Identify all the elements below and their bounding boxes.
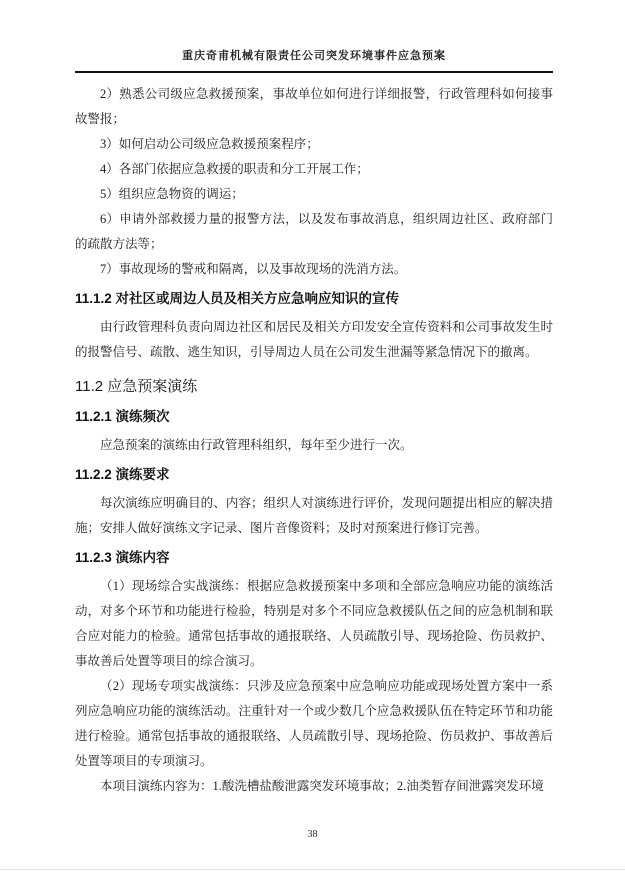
- paragraph-project-drill-content: 本项目演练内容为：1.酸洗槽盐酸泄露突发环境事故；2.油类暂存间泄露突发环境: [75, 774, 553, 799]
- paragraph-drill-special: （2）现场专项实战演练：只涉及应急预案中应急响应功能或现场处置方案中一系列应急响…: [75, 674, 553, 774]
- section-heading-11-2: 11.2 应急预案演练: [75, 376, 553, 398]
- section-heading-11-1-2: 11.1.2 对社区或周边人员及相关方应急响应知识的宣传: [75, 289, 553, 309]
- document-page: 重庆奇甫机械有限责任公司突发环境事件应急预案 2）熟悉公司级应急救援预案，事故单…: [0, 0, 625, 872]
- paragraph-drill-requirements: 每次演练应明确目的、内容；组织人对演练进行评价，发现问题提出相应的解决措施；安排…: [75, 491, 553, 541]
- paragraph-drill-comprehensive: （1）现场综合实战演练：根据应急救援预案中多项和全部应急响应功能的演练活动，对多…: [75, 574, 553, 674]
- paragraph-drill-frequency: 应急预案的演练由行政管理科组织，每年至少进行一次。: [75, 433, 553, 458]
- numbered-item-3: 3）如何启动公司级应急救援预案程序；: [75, 132, 553, 157]
- section-heading-11-2-3: 11.2.3 演练内容: [75, 548, 553, 568]
- document-body: 2）熟悉公司级应急救援预案，事故单位如何进行详细报警，行政管理科如何接事故警报；…: [75, 73, 553, 799]
- numbered-item-4: 4）各部门依据应急救援的职责和分工开展工作；: [75, 157, 553, 182]
- page-content: 重庆奇甫机械有限责任公司突发环境事件应急预案 2）熟悉公司级应急救援预案，事故单…: [0, 0, 625, 799]
- paragraph-publicity: 由行政管理科负责向周边社区和居民及相关方印发安全宣传资料和公司事故发生时的报警信…: [75, 315, 553, 365]
- numbered-item-2: 2）熟悉公司级应急救援预案，事故单位如何进行详细报警，行政管理科如何接事故警报；: [75, 82, 553, 132]
- section-heading-11-2-2: 11.2.2 演练要求: [75, 465, 553, 485]
- numbered-item-6: 6）申请外部救援力量的报警方法，以及发布事故消息，组织周边社区、政府部门的疏散方…: [75, 207, 553, 257]
- numbered-item-7: 7）事故现场的警戒和隔离，以及事故现场的洗消方法。: [75, 257, 553, 282]
- document-header-title: 重庆奇甫机械有限责任公司突发环境事件应急预案: [75, 48, 553, 73]
- section-heading-11-2-1: 11.2.1 演练频次: [75, 407, 553, 427]
- page-number: 38: [0, 829, 625, 840]
- page-bottom-edge: [0, 869, 625, 870]
- numbered-item-5: 5）组织应急物资的调运；: [75, 182, 553, 207]
